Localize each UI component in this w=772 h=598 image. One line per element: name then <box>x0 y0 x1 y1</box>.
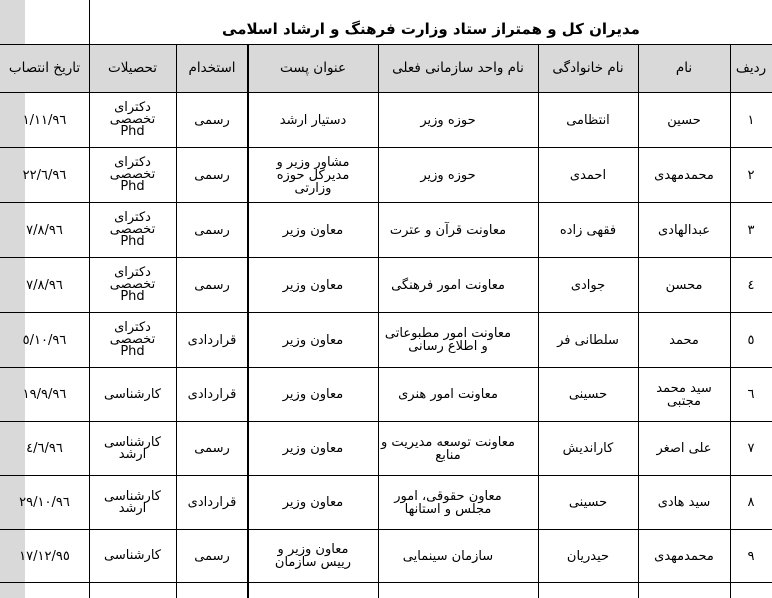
cell-position: معاون وزیر و رییس سازمان <box>258 530 368 582</box>
cell-row: ٩ <box>730 530 772 582</box>
cell-unit: معاونت امور مطبوعاتی و اطلاع رسانی <box>378 313 518 367</box>
cell-last-name: حسینی <box>538 368 638 421</box>
cell-education: دکترای تخصصی Phd <box>97 258 168 312</box>
cell-first-name: عبدالهادی <box>638 203 730 257</box>
column-header-last-name: نام خانوادگی <box>538 45 638 92</box>
cell-education: دکترای تخصصی Phd <box>97 148 168 202</box>
cell-unit: سازمان سینمایی <box>378 530 518 582</box>
cell-row: ٣ <box>730 203 772 257</box>
cell-position: مشاور وزیر و مدیرکل حوزه وزارتی <box>258 148 368 202</box>
cell-employment: رسمی <box>176 530 248 582</box>
row-divider <box>0 582 772 583</box>
column-header-unit: نام واحد سازمانی فعلی <box>378 45 538 92</box>
cell-appointment-date: ٢٩/١٠/٩٦ <box>0 476 89 529</box>
cell-last-name: حسینی <box>538 476 638 529</box>
cell-position: دستیار ارشد <box>258 93 368 147</box>
cell-row: ٢ <box>730 148 772 202</box>
cell-unit: حوزه وزیر <box>378 93 518 147</box>
cell-row: ١ <box>730 93 772 147</box>
cell-first-name: حسین <box>638 93 730 147</box>
cell-appointment-date: ٥/١٠/٩٦ <box>0 313 89 367</box>
cell-employment: رسمی <box>176 203 248 257</box>
cell-employment: رسمی <box>176 422 248 475</box>
cell-first-name: سید محمد مجتبی <box>638 368 730 421</box>
cell-first-name: محمدمهدی <box>638 148 730 202</box>
page-title: مدیران کل و همتراز ستاد وزارت فرهنگ و ار… <box>90 0 772 44</box>
cell-education: کارشناسی ارشد <box>97 422 168 475</box>
cell-first-name: محمدمهدی <box>638 530 730 582</box>
cell-row: ٥ <box>730 313 772 367</box>
column-header-position: عنوان پست <box>248 45 378 92</box>
cell-first-name: علی اصغر <box>638 422 730 475</box>
cell-unit: حوزه وزیر <box>378 148 518 202</box>
cell-appointment-date: ١٧/١٢/٩٥ <box>0 530 89 582</box>
cell-education: کارشناسی <box>97 530 168 582</box>
cell-unit: معاونت توسعه مدیریت و منابع <box>378 422 518 475</box>
cell-position: معاون وزیر <box>258 476 368 529</box>
cell-education: کارشناسی ارشد <box>97 476 168 529</box>
column-header-employment: استخدام <box>176 45 248 92</box>
cell-unit: معاون حقوقی، امور مجلس و استانها <box>378 476 518 529</box>
column-header-row: ردیف <box>730 45 772 92</box>
cell-position: معاون وزیر <box>258 203 368 257</box>
cell-row: ٧ <box>730 422 772 475</box>
cell-last-name: حیدریان <box>538 530 638 582</box>
cell-position: معاون وزیر <box>258 368 368 421</box>
cell-last-name: سلطانی فر <box>538 313 638 367</box>
cell-last-name: جوادی <box>538 258 638 312</box>
cell-unit: معاونت امور هنری <box>378 368 518 421</box>
column-header-appointment-date: تاریخ انتصاب <box>0 45 89 92</box>
cell-education: کارشناسی <box>97 368 168 421</box>
cell-last-name: فقهی زاده <box>538 203 638 257</box>
cell-position: معاون وزیر <box>258 258 368 312</box>
cell-last-name: کاراندیش <box>538 422 638 475</box>
cell-position: معاون وزیر <box>258 422 368 475</box>
cell-education: دکترای تخصصی Phd <box>97 203 168 257</box>
cell-employment: قراردادی <box>176 313 248 367</box>
cell-first-name: سید هادی <box>638 476 730 529</box>
cell-employment: قراردادی <box>176 476 248 529</box>
cell-appointment-date: ٧/٨/٩٦ <box>0 203 89 257</box>
cell-position: معاون وزیر <box>258 313 368 367</box>
cell-employment: رسمی <box>176 148 248 202</box>
cell-first-name: محمد <box>638 313 730 367</box>
cell-row: ٨ <box>730 476 772 529</box>
cell-employment: رسمی <box>176 258 248 312</box>
cell-row: ٦ <box>730 368 772 421</box>
cell-unit: معاونت قرآن و عترت <box>378 203 518 257</box>
cell-employment: رسمی <box>176 93 248 147</box>
column-header-education: تحصیلات <box>89 45 176 92</box>
cell-row: ٤ <box>730 258 772 312</box>
cell-appointment-date: ٢٢/٦/٩٦ <box>0 148 89 202</box>
cell-education: دکترای تخصصی Phd <box>97 313 168 367</box>
cell-last-name: انتظامی <box>538 93 638 147</box>
cell-employment: قراردادی <box>176 368 248 421</box>
cell-appointment-date: ١/١١/٩٦ <box>0 93 89 147</box>
page-title-text: مدیران کل و همتراز ستاد وزارت فرهنگ و ار… <box>222 20 640 38</box>
cell-appointment-date: ٧/٨/٩٦ <box>0 258 89 312</box>
cell-unit: معاونت امور فرهنگی <box>378 258 518 312</box>
column-header-first-name: نام <box>638 45 730 92</box>
cell-last-name: احمدی <box>538 148 638 202</box>
cell-appointment-date: ٤/٦/٩٦ <box>0 422 89 475</box>
cell-education: دکترای تخصصی Phd <box>97 93 168 147</box>
cell-first-name: محسن <box>638 258 730 312</box>
cell-appointment-date: ١٩/٩/٩٦ <box>0 368 89 421</box>
